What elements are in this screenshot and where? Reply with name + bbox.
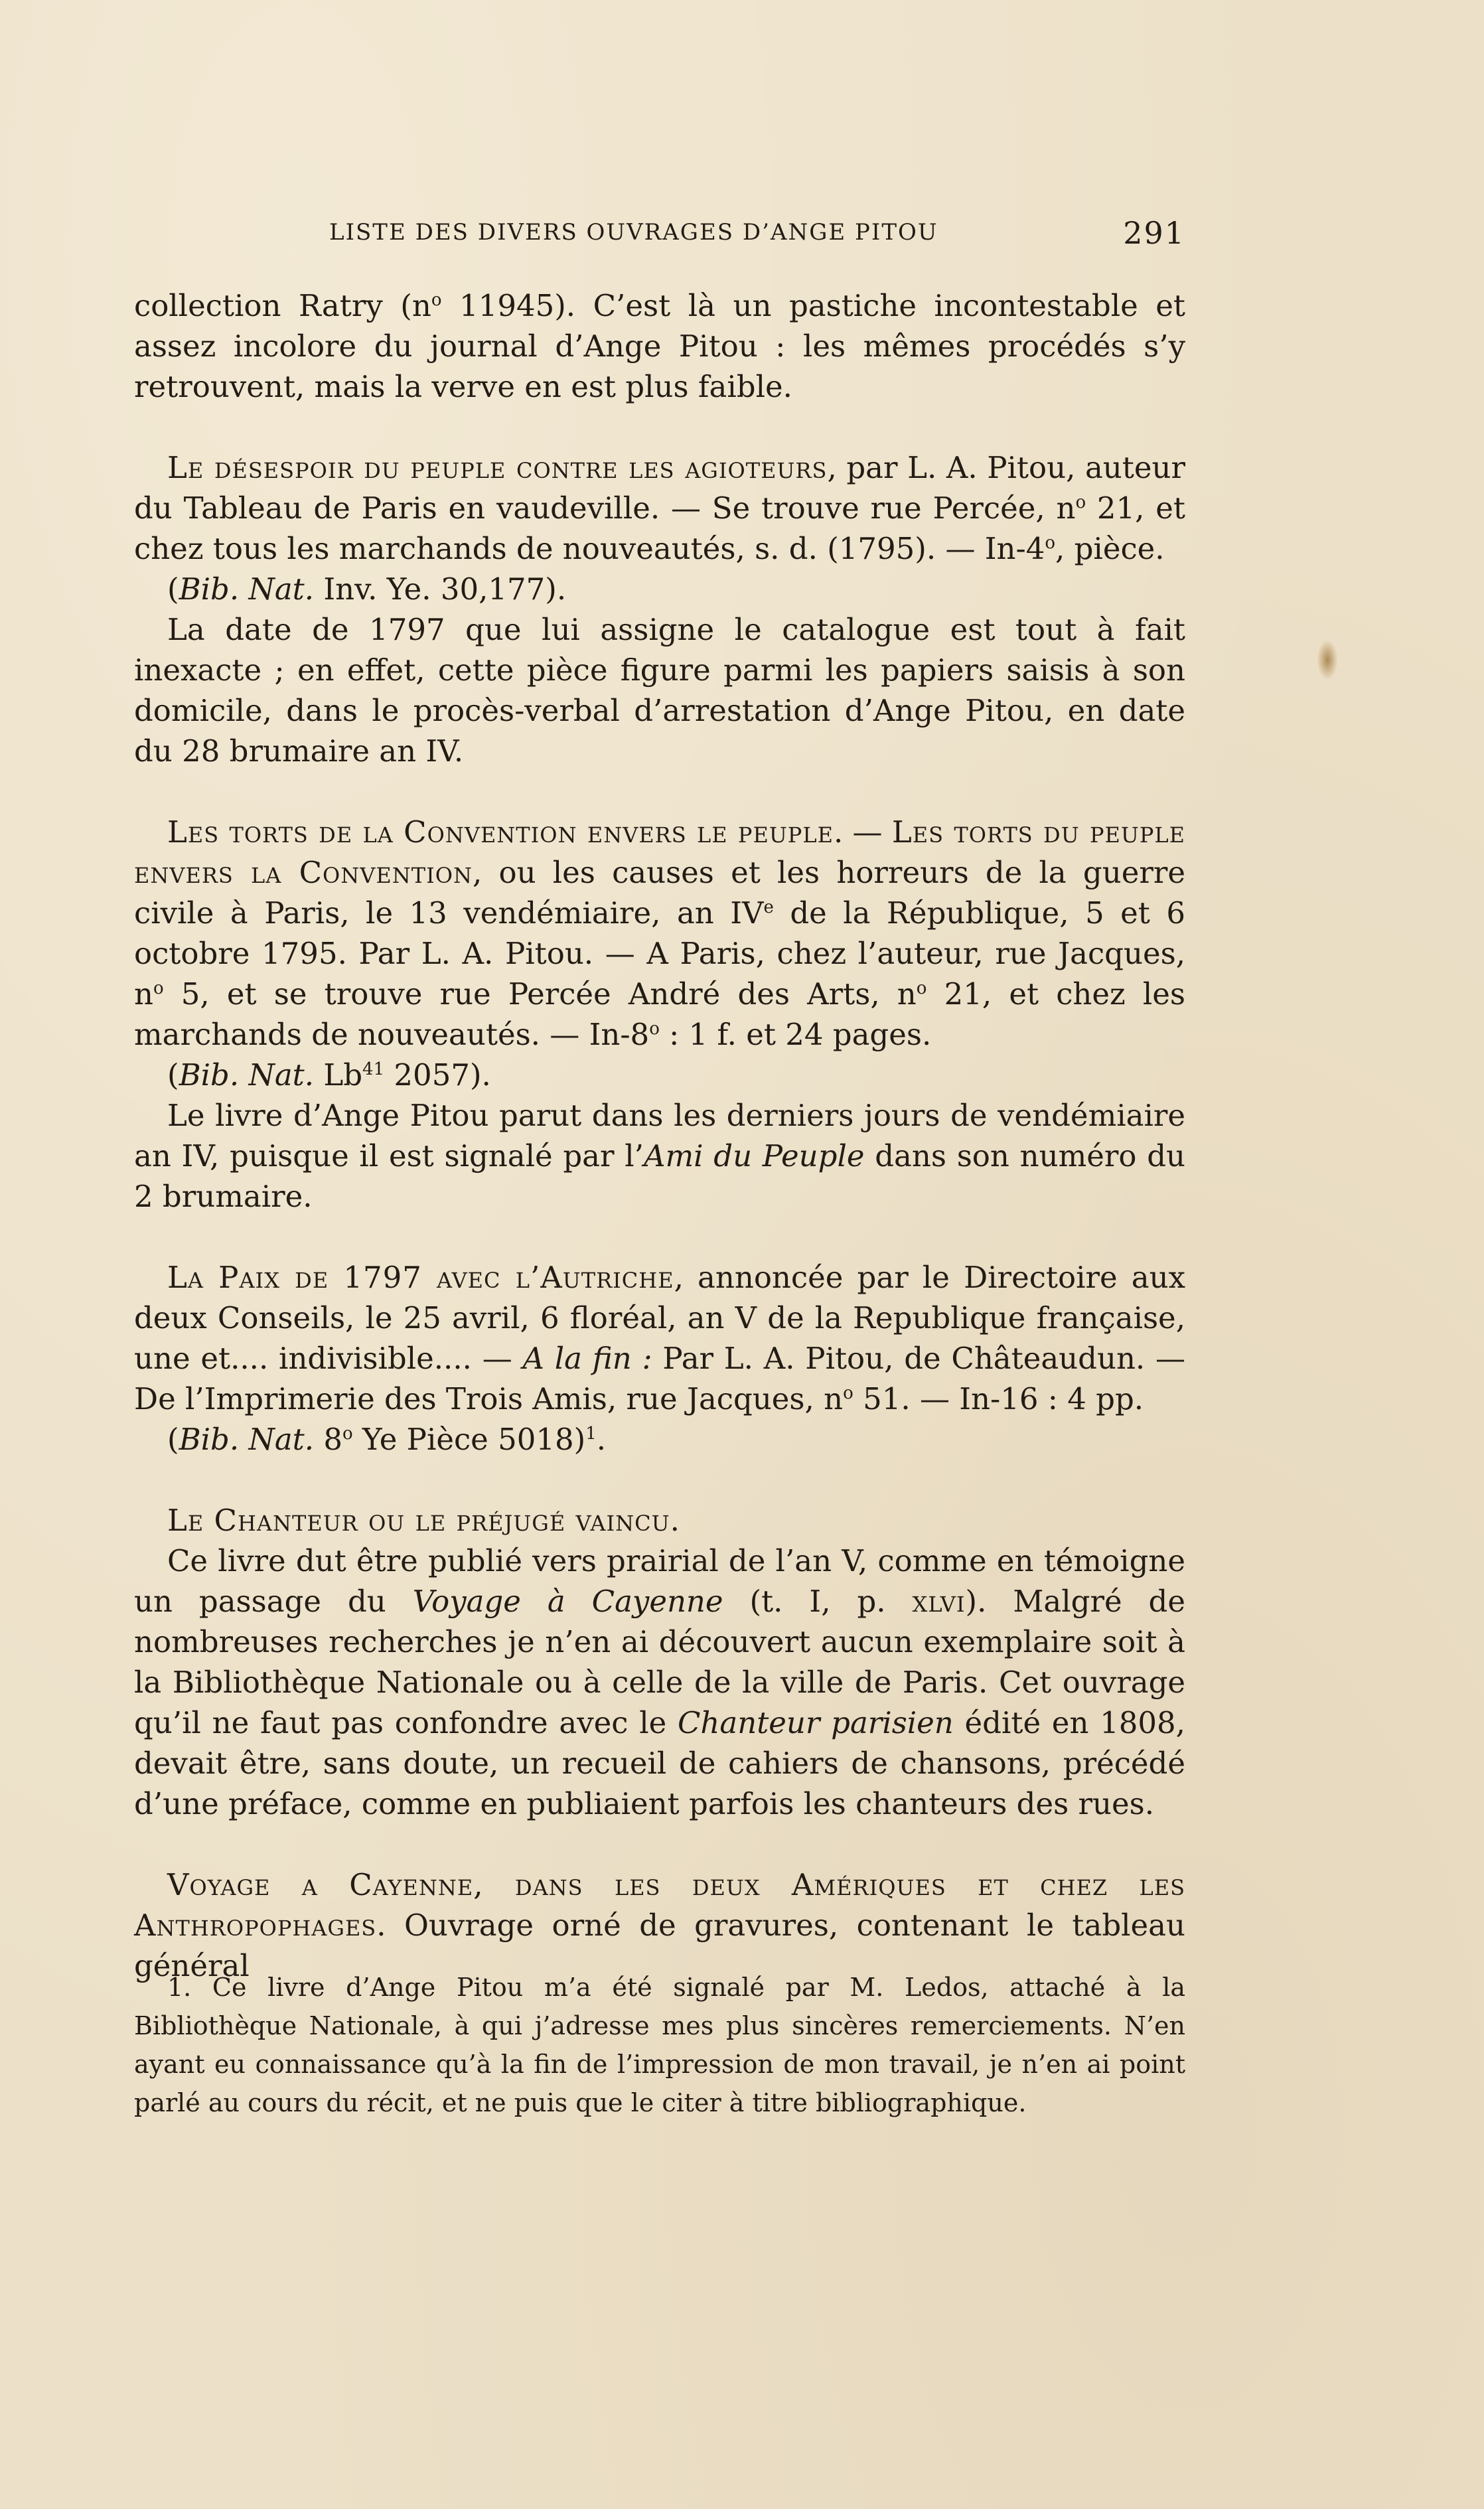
text-run: collection Ratry (n — [134, 288, 431, 323]
paragraph-torts-note: Le livre d’Ange Pitou parut dans les der… — [134, 1095, 1185, 1217]
paragraph-chanteur-note: Ce livre dut être publié vers prairial d… — [134, 1541, 1185, 1824]
smallcaps-run: Les torts de la Convention envers le peu… — [167, 814, 834, 850]
text-run: . — [597, 1422, 606, 1457]
paragraph-gap — [134, 1217, 1185, 1257]
text-run: 1. Ce livre d’Ange Pitou m’a été signalé… — [134, 1973, 1185, 2117]
paragraph-gap — [134, 1824, 1185, 1864]
italic-run: Ami du Peuple — [644, 1138, 865, 1174]
text-run: ( — [167, 1422, 179, 1457]
paragraph-torts-ref: (Bib. Nat. Lb41 2057). — [134, 1055, 1185, 1095]
italic-run: Chanteur parisien — [678, 1705, 954, 1740]
text-run: 51. — In-16 : 4 pp. — [853, 1381, 1144, 1416]
superscript: o — [342, 1424, 353, 1444]
superscript: 41 — [362, 1059, 384, 1079]
text-run: , pièce. — [1055, 531, 1165, 566]
paragraph-paix-ref: (Bib. Nat. 8o Ye Pièce 5018)1. — [134, 1419, 1185, 1460]
footnote-1: 1. Ce livre d’Ange Pitou m’a été signalé… — [134, 1968, 1185, 2122]
text-run: ( — [167, 1057, 179, 1093]
smallcaps-run: La Paix de 1797 avec l’Autriche — [167, 1260, 674, 1295]
smallcaps-run: xlvi — [913, 1584, 966, 1619]
text-run: La date de 1797 que lui assigne le catal… — [134, 612, 1185, 769]
superscript: o — [843, 1383, 853, 1403]
running-head: Liste des divers ouvrages d’Ange Pitou 2… — [134, 219, 1185, 259]
paragraph-desespoir-entry: Le désespoir du peuple contre les agiote… — [134, 447, 1185, 569]
page-number: 291 — [1123, 215, 1185, 251]
text-run: 8 — [314, 1422, 342, 1457]
paragraph-chanteur-entry: Le Chanteur ou le préjugé vaincu. — [134, 1500, 1185, 1541]
italic-run: A la fin : — [523, 1341, 652, 1376]
text-run: ( — [167, 571, 179, 607]
superscript: o — [153, 978, 164, 998]
body-text: collection Ratry (no 11945). C’est là un… — [134, 285, 1185, 1986]
paper-stain — [1317, 641, 1337, 679]
italic-run: Bib. Nat. — [179, 1057, 314, 1093]
paragraph-torts-entry: Les torts de la Convention envers le peu… — [134, 812, 1185, 1055]
smallcaps-run: Le désespoir du peuple contre les agiote… — [167, 450, 827, 485]
italic-run: Bib. Nat. — [179, 571, 314, 607]
italic-run: Bib. Nat. — [179, 1422, 314, 1457]
italic-run: Voyage à Cayenne — [413, 1584, 723, 1619]
paragraph-desespoir-ref: (Bib. Nat. Inv. Ye. 30,177). — [134, 569, 1185, 609]
paragraph-ratry-continuation: collection Ratry (no 11945). C’est là un… — [134, 285, 1185, 407]
smallcaps-run: Le Chanteur ou le préjugé vaincu — [167, 1503, 670, 1538]
paragraph-gap — [134, 407, 1185, 447]
text-run: . — [670, 1503, 680, 1538]
text-run: . — — [834, 814, 892, 850]
superscript: e — [764, 897, 774, 917]
paragraph-gap — [134, 771, 1185, 812]
text-run: : 1 f. et 24 pages. — [660, 1017, 931, 1052]
paragraph-paix-entry: La Paix de 1797 avec l’Autriche, annoncé… — [134, 1257, 1185, 1419]
text-run: (t. I, p. — [723, 1584, 913, 1619]
text-run: 5, et se trouve rue Percée André des Art… — [164, 976, 917, 1012]
paragraph-gap — [134, 1460, 1185, 1500]
text-run: Inv. Ye. 30,177). — [314, 571, 566, 607]
superscript: o — [1075, 493, 1086, 512]
superscript: o — [649, 1019, 660, 1039]
footnotes: 1. Ce livre d’Ange Pitou m’a été signalé… — [134, 1968, 1185, 2122]
text-run: Ye Pièce 5018) — [353, 1422, 586, 1457]
superscript: o — [431, 290, 442, 310]
superscript: o — [917, 978, 927, 998]
running-title: Liste des divers ouvrages d’Ange Pitou — [329, 219, 938, 246]
superscript: o — [1045, 533, 1055, 553]
superscript: 1 — [585, 1424, 597, 1444]
text-run: Lb — [314, 1057, 362, 1093]
text-run: 2057). — [384, 1057, 491, 1093]
paragraph-desespoir-note: La date de 1797 que lui assigne le catal… — [134, 609, 1185, 771]
